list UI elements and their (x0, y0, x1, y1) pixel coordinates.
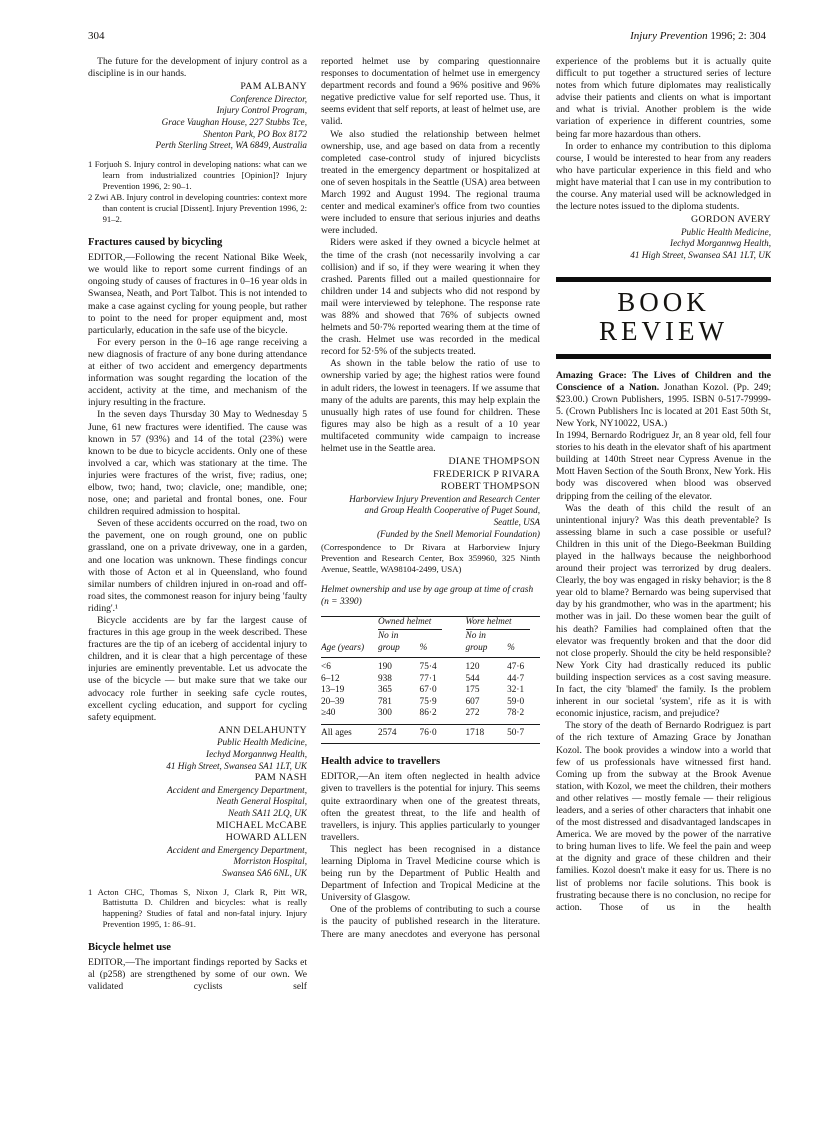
signature-address-line: Neath General Hospital, (88, 796, 307, 808)
cell-owned-no: 938 (378, 674, 420, 686)
paragraph: The story of the death of Bernardo Rodri… (556, 720, 771, 914)
paragraph: This neglect has been recognised in a di… (321, 844, 540, 904)
paragraph: Bicycle accidents are by far the largest… (88, 615, 307, 724)
section-heading-bicycle-helmet-use: Bicycle helmet use (88, 941, 307, 954)
paragraph: EDITOR,—An item often neglected in healt… (321, 771, 540, 844)
signature-address-line: Grace Vaughan House, 227 Stubbs Tce, (88, 117, 307, 129)
cell-wore-no: 544 (466, 674, 508, 686)
paragraph: EDITOR,—The important findings reported … (88, 957, 307, 993)
column-header-pct: % (507, 630, 540, 658)
paragraph: In order to enhance my contribution to t… (556, 141, 771, 214)
signature-name: HOWARD ALLEN (88, 832, 307, 845)
table-row: 6–12 938 77·1 544 44·7 (321, 674, 540, 686)
cell-wore-pct: 47·6 (507, 658, 540, 674)
cell-owned-pct: 75·9 (420, 697, 453, 709)
book-citation: Amazing Grace: The Lives of Children and… (556, 370, 771, 430)
table-total-row: All ages 2574 76·0 1718 50·7 (321, 724, 540, 744)
paragraph: reported helmet use by comparing questio… (321, 56, 540, 129)
signature-address-line: Morriston Hospital, (88, 856, 307, 868)
cell-wore-no: 120 (466, 658, 508, 674)
signature-address-line: Conference Director, (88, 94, 307, 106)
table-row: 13–19 365 67·0 175 32·1 (321, 685, 540, 697)
cell-owned-pct: 77·1 (420, 674, 453, 686)
column-group-wore: Wore helmet (466, 617, 530, 631)
signature-address-line: 41 High Street, Swansea SA1 1LT, UK (556, 250, 771, 262)
signature-name: DIANE THOMPSON (321, 456, 540, 469)
signature-address-line: Public Health Medicine, (556, 227, 771, 239)
paragraph-letter-continuation: The future for the development of injury… (88, 56, 307, 80)
journal-issue: 1996; 2: 304 (708, 30, 766, 42)
cell-wore-pct: 50·7 (507, 724, 540, 744)
column-header-age: Age (years) (321, 630, 378, 658)
book-review-banner: BOOK REVIEW (556, 277, 771, 359)
helmet-table: Owned helmet Wore helmet Age (years) No … (321, 616, 540, 745)
signature-address-line: Iechyd Morgannwg Health, (556, 238, 771, 250)
paragraph: EDITOR,—Following the recent National Bi… (88, 252, 307, 337)
reference-item: 1 Forjuoh S. Injury control in developin… (88, 159, 307, 192)
running-head: Injury Prevention 1996; 2: 304 (630, 30, 766, 42)
cell-owned-pct: 67·0 (420, 685, 453, 697)
cell-owned-no: 190 (378, 658, 420, 674)
paragraph: experience of the problems but it is act… (556, 56, 771, 141)
signature-block-albany: PAM ALBANY Conference Director, Injury C… (88, 81, 307, 152)
cell-wore-no: 272 (466, 708, 508, 724)
table-row: ≥40 300 86·2 272 78·2 (321, 708, 540, 724)
column-right: experience of the problems but it is act… (556, 56, 771, 1142)
signature-name: PAM NASH (88, 772, 307, 785)
journal-title: Injury Prevention (630, 30, 707, 42)
cell-owned-no: 781 (378, 697, 420, 709)
signature-name: GORDON AVERY (556, 214, 771, 227)
section-heading-fractures: Fractures caused by bicycling (88, 236, 307, 249)
table-subheader-row: Age (years) No in group % No in group % (321, 630, 540, 658)
paragraph: For every person in the 0–16 age range r… (88, 337, 307, 410)
cell-wore-no: 175 (466, 685, 508, 697)
signature-name: ROBERT THOMPSON (321, 481, 540, 494)
signature-name: ANN DELAHUNTY (88, 725, 307, 738)
signature-address-line: Injury Control Program, (88, 105, 307, 117)
cell-wore-no: 1718 (466, 724, 508, 744)
correspondence-note: (Correspondence to Dr Rivara at Harborvi… (321, 542, 540, 575)
cell-age: All ages (321, 724, 378, 744)
column-header-no: No in group (466, 630, 508, 658)
column-middle: reported helmet use by comparing questio… (321, 56, 540, 1142)
cell-owned-pct: 75·4 (420, 658, 453, 674)
paragraph: Seven of these accidents occurred on the… (88, 518, 307, 615)
cell-wore-pct: 32·1 (507, 685, 540, 697)
cell-owned-no: 300 (378, 708, 420, 724)
signature-address-line: Shenton Park, PO Box 8172 (88, 129, 307, 141)
cell-wore-pct: 59·0 (507, 697, 540, 709)
column-group-owned: Owned helmet (378, 617, 442, 631)
signature-address-line: Neath SA11 2LQ, UK (88, 808, 307, 820)
signature-block-thompson: DIANE THOMPSON FREDERICK P RIVARA ROBERT… (321, 456, 540, 540)
paragraph: We also studied the relationship between… (321, 129, 540, 238)
signature-block-avery: GORDON AVERY Public Health Medicine, Iec… (556, 214, 771, 261)
paragraph: In the seven days Thursday 30 May to Wed… (88, 409, 307, 518)
cell-wore-no: 607 (466, 697, 508, 709)
reference-item: 2 Zwi AB. Injury control in developing c… (88, 192, 307, 225)
paragraph: In 1994, Bernardo Rodriguez Jr, an 8 yea… (556, 430, 771, 503)
cell-age: 20–39 (321, 697, 378, 709)
cell-owned-no: 365 (378, 685, 420, 697)
paragraph: Riders were asked if they owned a bicycl… (321, 237, 540, 358)
paragraph: As shown in the table below the ratio of… (321, 358, 540, 455)
cell-wore-pct: 44·7 (507, 674, 540, 686)
paragraph: One of the problems of contributing to s… (321, 904, 540, 940)
helmet-table-block: Helmet ownership and use by age group at… (321, 585, 540, 744)
table-group-header-row: Owned helmet Wore helmet (321, 616, 540, 630)
signature-address-line: (Funded by the Snell Memorial Foundation… (321, 529, 540, 541)
cell-owned-no: 2574 (378, 724, 420, 744)
signature-name: FREDERICK P RIVARA (321, 469, 540, 482)
signature-address-line: Iechyd Morgannwg Health, (88, 749, 307, 761)
signature-block-delahunty: ANN DELAHUNTY Public Health Medicine, Ie… (88, 725, 307, 880)
cell-age: 13–19 (321, 685, 378, 697)
column-left: The future for the development of injury… (88, 56, 307, 1142)
cell-owned-pct: 86·2 (420, 708, 453, 724)
table-row: <6 190 75·4 120 47·6 (321, 658, 540, 674)
book-review-heading-line: REVIEW (556, 317, 771, 346)
reference-item: 1 Acton CHC, Thomas S, Nixon J, Clark R,… (88, 887, 307, 931)
cell-owned-pct: 76·0 (420, 724, 453, 744)
page-number: 304 (88, 30, 105, 42)
section-heading-health-advice: Health advice to travellers (321, 755, 540, 768)
signature-address-line: Harborview Injury Prevention and Researc… (321, 494, 540, 506)
journal-page: 304 Injury Prevention 1996; 2: 304 The f… (0, 0, 816, 1146)
signature-address-line: Accident and Emergency Department, (88, 785, 307, 797)
signature-name: PAM ALBANY (88, 81, 307, 94)
signature-address-line: and Group Health Cooperative of Puget So… (321, 505, 540, 517)
signature-address-line: Public Health Medicine, (88, 737, 307, 749)
signature-address-line: Accident and Emergency Department, (88, 845, 307, 857)
reference-list: 1 Acton CHC, Thomas S, Nixon J, Clark R,… (88, 887, 307, 931)
cell-age: ≥40 (321, 708, 378, 724)
cell-age: 6–12 (321, 674, 378, 686)
signature-address-line: Seattle, USA (321, 517, 540, 529)
book-review-heading-line: BOOK (556, 288, 771, 317)
table-row: 20–39 781 75·9 607 59·0 (321, 697, 540, 709)
paragraph: Was the death of this child the result o… (556, 503, 771, 721)
cell-age: <6 (321, 658, 378, 674)
column-header-pct: % (420, 630, 453, 658)
table-caption: Helmet ownership and use by age group at… (321, 585, 540, 609)
signature-address-line: 41 High Street, Swansea SA1 1LT, UK (88, 761, 307, 773)
signature-address-line: Swansea SA6 6NL, UK (88, 868, 307, 880)
reference-list: 1 Forjuoh S. Injury control in developin… (88, 159, 307, 225)
column-header-no: No in group (378, 630, 420, 658)
cell-wore-pct: 78·2 (507, 708, 540, 724)
signature-address-line: Perth Sterling Street, WA 6849, Australi… (88, 140, 307, 152)
signature-name: MICHAEL McCABE (88, 820, 307, 833)
